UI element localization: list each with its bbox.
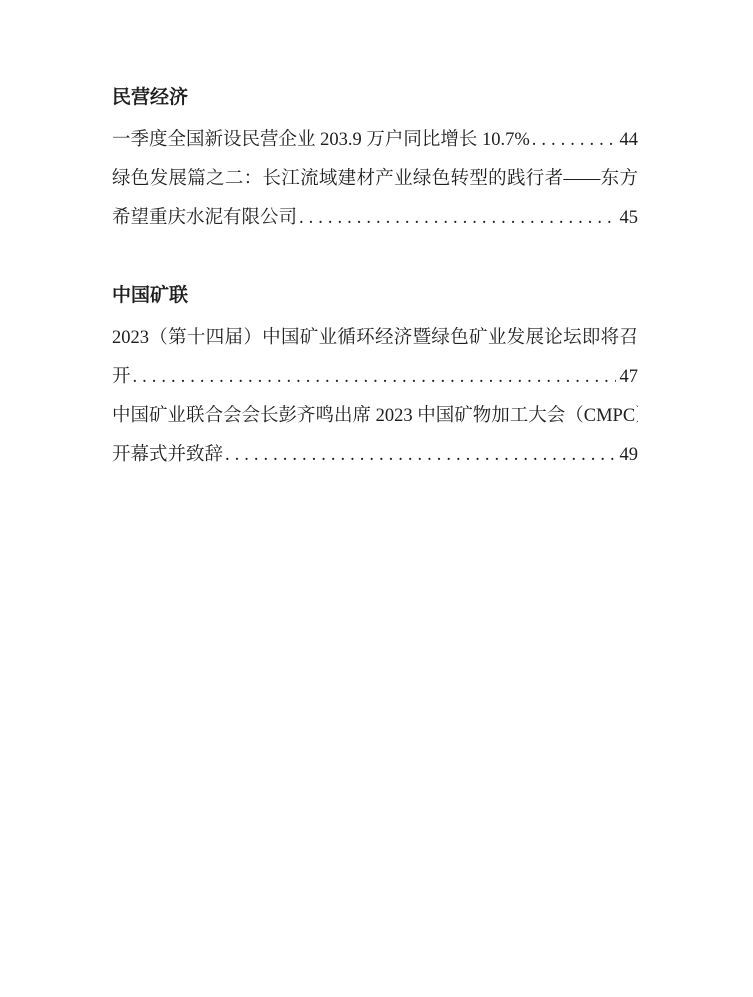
document-page: 民营经济 一季度全国新设民营企业 203.9 万户同比增长 10.7% ....… — [0, 0, 753, 997]
toc-section-china-mining: 中国矿联 2023（第十四届）中国矿业循环经济暨绿色矿业发展论坛即将召 开 ..… — [112, 276, 638, 475]
dot-leader: ........................................… — [223, 436, 615, 475]
dot-leader: ........................................… — [297, 199, 615, 238]
dot-leader: ........................................… — [131, 358, 616, 397]
section-heading-china-mining: 中国矿联 — [112, 276, 638, 315]
toc-entry-line: 中国矿业联合会会长彭齐鸣出席 2023 中国矿物加工大会（CMPC） — [112, 397, 638, 436]
toc-entry-line: 一季度全国新设民营企业 203.9 万户同比增长 10.7% .........… — [112, 121, 638, 160]
toc-entry-title-continuation: 开幕式并致辞 — [112, 436, 223, 475]
toc-section-private-economy: 民营经济 一季度全国新设民营企业 203.9 万户同比增长 10.7% ....… — [112, 78, 638, 238]
page-number: 45 — [616, 199, 639, 238]
toc-entry-line: 绿色发展篇之二：长江流域建材产业绿色转型的践行者——东方 — [112, 160, 638, 199]
toc-entry-title: 中国矿业联合会会长彭齐鸣出席 2023 中国矿物加工大会（CMPC） — [112, 406, 638, 426]
toc-entry-title: 2023（第十四届）中国矿业循环经济暨绿色矿业发展论坛即将召 — [112, 328, 638, 348]
toc-entry-title-continuation: 开 — [112, 358, 131, 397]
toc-entry-title: 一季度全国新设民营企业 203.9 万户同比增长 10.7% — [112, 121, 530, 160]
dot-leader: ........................................… — [530, 121, 616, 160]
page-number: 49 — [616, 436, 639, 475]
toc-entry-line: 希望重庆水泥有限公司 .............................… — [112, 199, 638, 238]
toc-entry-line: 开幕式并致辞 .................................… — [112, 436, 638, 475]
section-heading-private-economy: 民营经济 — [112, 78, 638, 117]
toc-entry-title: 绿色发展篇之二：长江流域建材产业绿色转型的践行者——东方 — [112, 169, 638, 189]
toc-entry-line: 开 ......................................… — [112, 358, 638, 397]
toc-entry-title-continuation: 希望重庆水泥有限公司 — [112, 199, 297, 238]
table-of-contents: 民营经济 一季度全国新设民营企业 203.9 万户同比增长 10.7% ....… — [112, 78, 638, 475]
toc-entry-line: 2023（第十四届）中国矿业循环经济暨绿色矿业发展论坛即将召 — [112, 319, 638, 358]
page-number: 47 — [616, 358, 639, 397]
page-number: 44 — [616, 121, 639, 160]
